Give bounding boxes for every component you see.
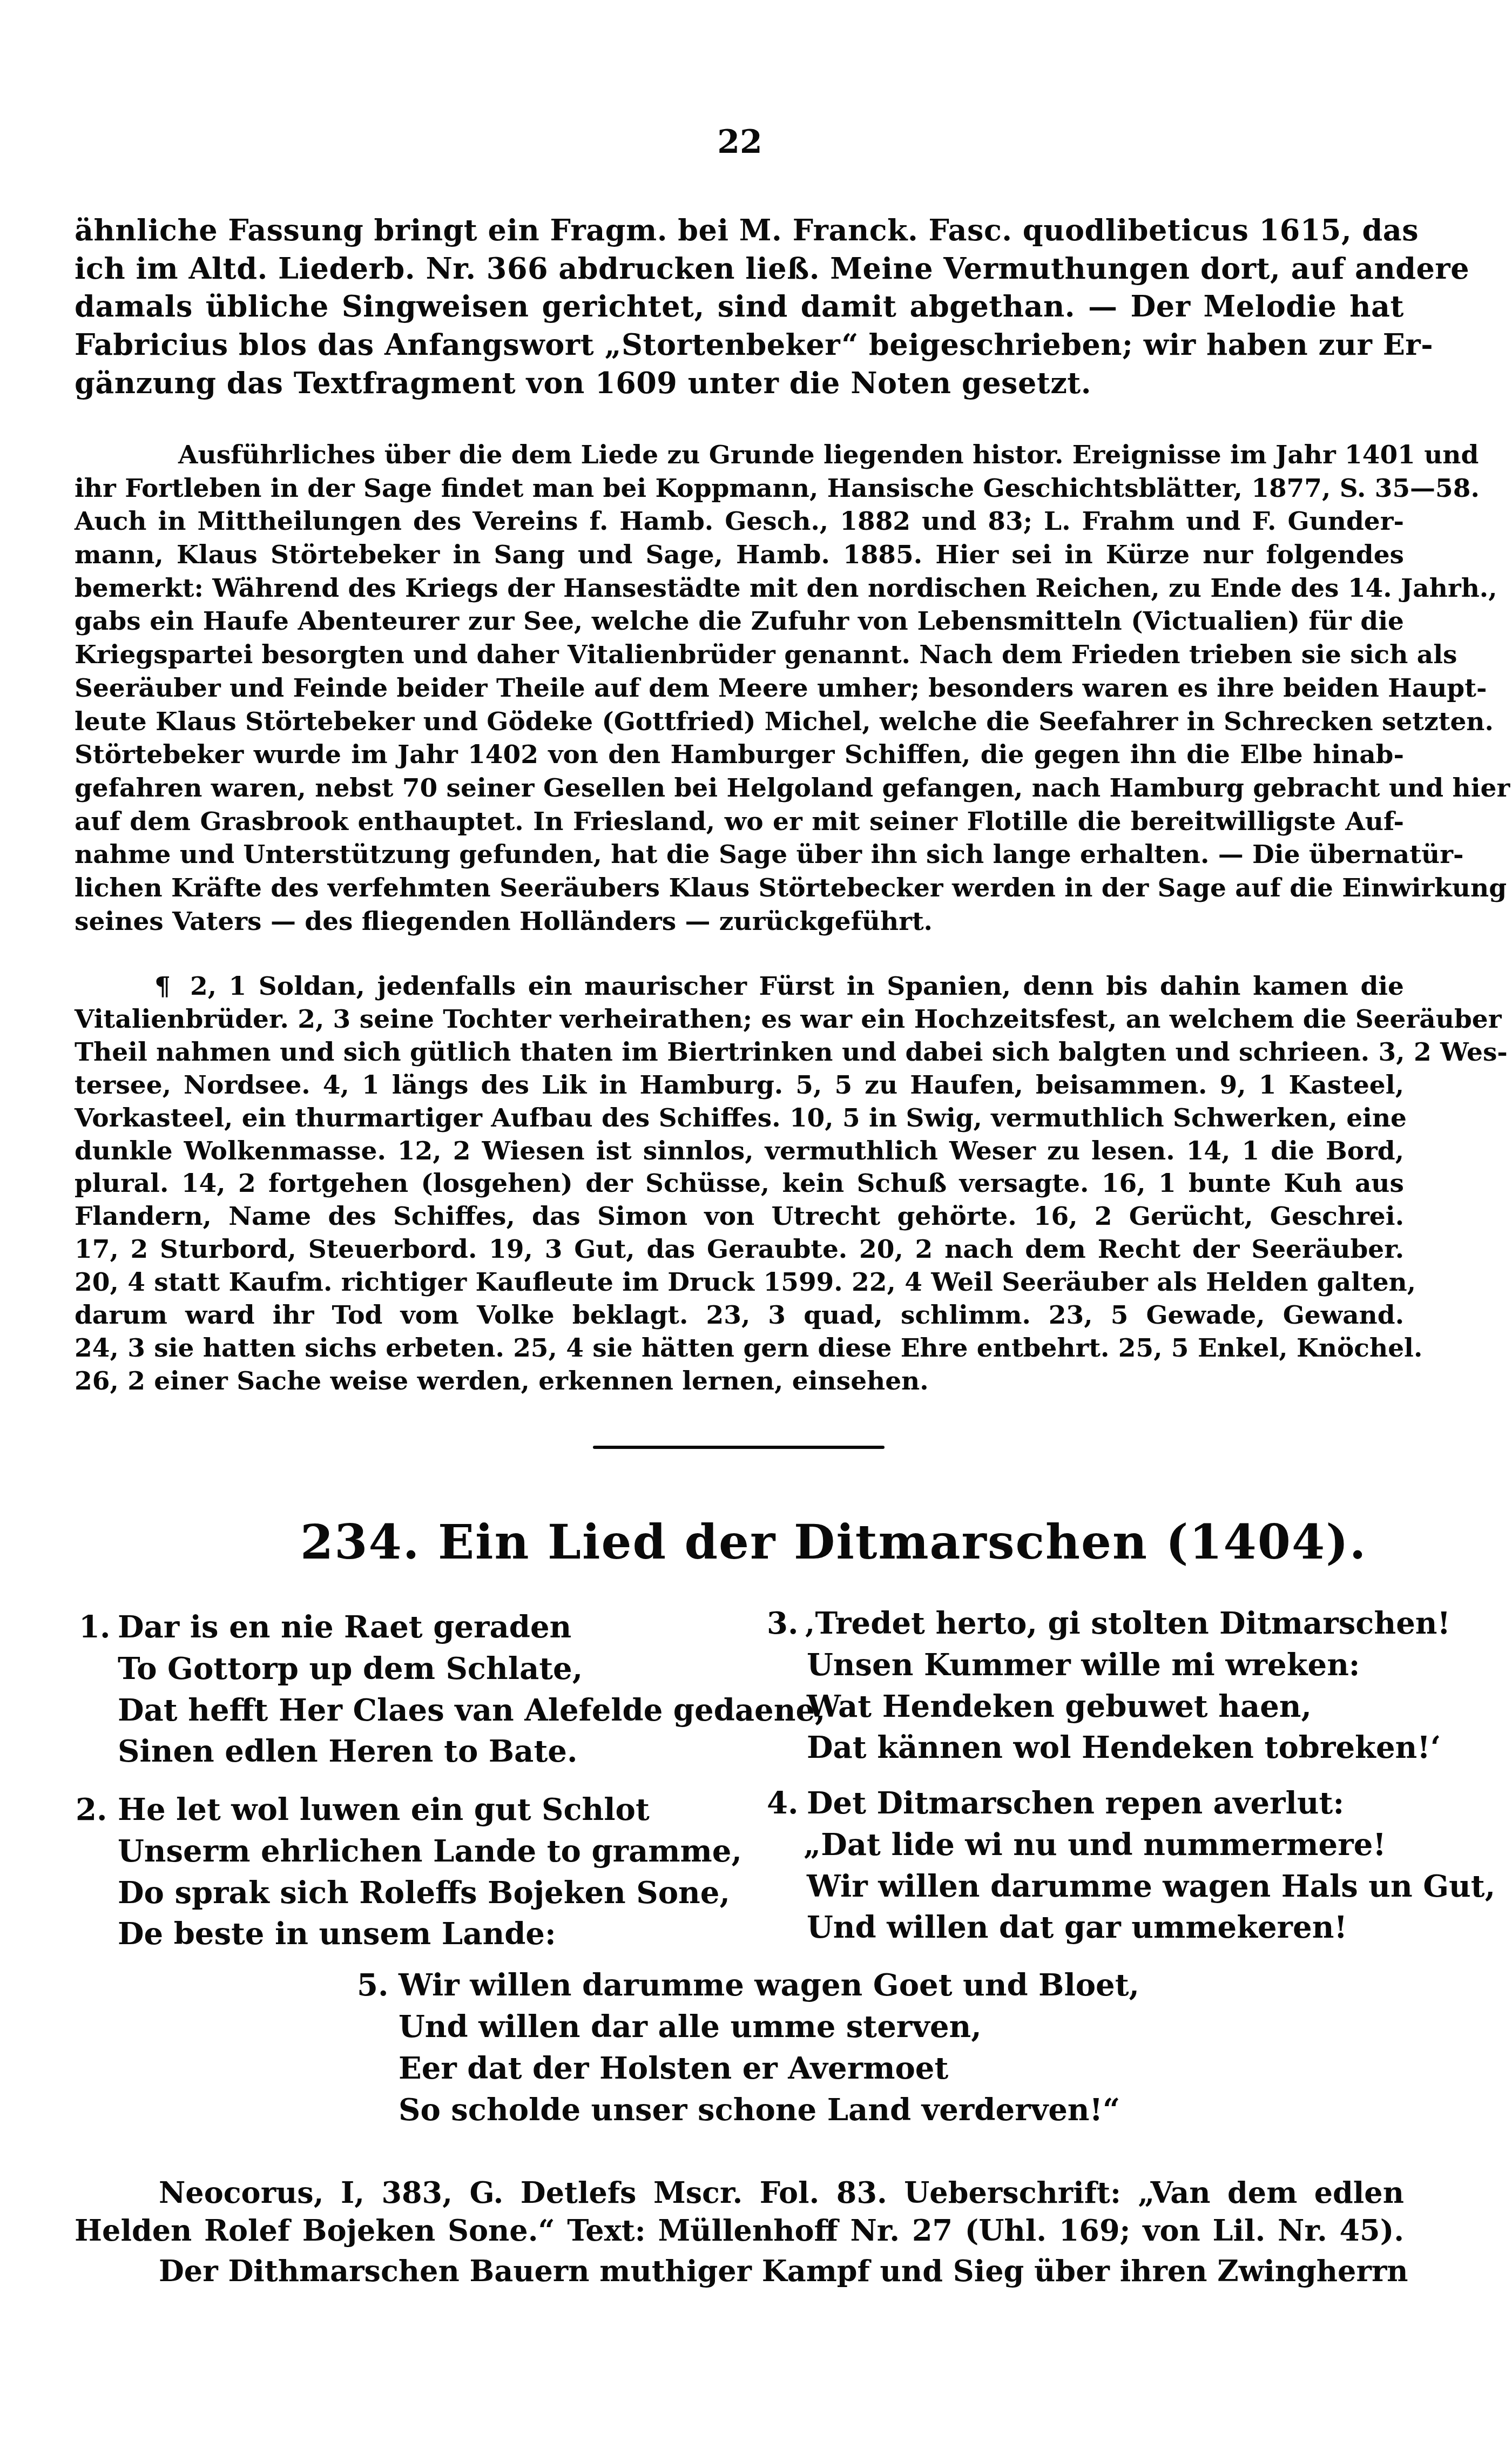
verse-line: He let wol luwen ein gut Schlot [118, 1789, 650, 1831]
footnote-line: 2, 1 Soldan, jedenfalls ein maurischer F… [190, 970, 1404, 1003]
text-line: leute Klaus Störtebeker und Gödeke (Gott… [75, 705, 1404, 739]
text-line: auf dem Grasbrook enthauptet. In Friesla… [75, 805, 1404, 839]
verse-line: ‚Tredet herto, gi stolten Ditmarschen! [805, 1603, 1450, 1644]
text-line: Auch in Mittheilungen des Vereins f. Ham… [75, 505, 1404, 538]
verse-line: Do sprak sich Roleffs Bojeken Sone, [118, 1872, 730, 1914]
verse-line: Sinen edlen Heren to Bate. [118, 1731, 577, 1772]
footnote-line: Vorkasteel, ein thurmartiger Aufbau des … [75, 1102, 1404, 1135]
text-line: ihr Fortleben in der Sage findet man bei… [75, 472, 1404, 505]
text-line: nahme und Unterstützung gefunden, hat di… [75, 838, 1404, 872]
verse-line: Wat Hendeken gebuwet haen, [807, 1686, 1312, 1728]
verse-line: „Dat lide wi nu und nummermere! [804, 1824, 1386, 1866]
text-line: Störtebeker wurde im Jahr 1402 von den H… [75, 738, 1404, 772]
verse-line: Dar is en nie Raet geraden [118, 1607, 571, 1648]
footnote-line: 24, 3 sie hatten sichs erbeten. 25, 4 si… [75, 1332, 1404, 1365]
text-line: mann, Klaus Störtebeker in Sang und Sage… [75, 538, 1404, 572]
footnote-line: plural. 14, 2 fortgehen (losgehen) der S… [75, 1167, 1404, 1200]
text-line: gabs ein Haufe Abenteurer zur See, welch… [75, 605, 1404, 638]
stanza-number: 4. [767, 1783, 798, 1824]
footnote-line: dunkle Wolkenmasse. 12, 2 Wiesen ist sin… [75, 1135, 1404, 1168]
stanza-number: 5. [357, 1965, 388, 2006]
footnote-line: Flandern, Name des Schiffes, das Simon v… [75, 1200, 1404, 1233]
verse-line: De beste in unsem Lande: [118, 1913, 556, 1955]
text-line: bemerkt: Während des Kriegs der Hansestä… [75, 572, 1404, 605]
text-line: Der Dithmarschen Bauern muthiger Kampf u… [159, 2251, 1404, 2290]
text-line: Ausführliches über die dem Liede zu Grun… [178, 439, 1404, 472]
verse-line: Und willen dat gar ummekeren! [807, 1907, 1347, 1948]
verse-line: Det Ditmarschen repen averlut: [807, 1783, 1344, 1824]
verse-line: Unsen Kummer wille mi wreken: [807, 1644, 1360, 1686]
footnote-line: darum ward ihr Tod vom Volke beklagt. 23… [75, 1299, 1404, 1332]
verse-line: To Gottorp up dem Schlate, [118, 1648, 583, 1690]
section-divider [593, 1446, 885, 1449]
verse-line: Und willen dar alle umme sterven, [399, 2006, 982, 2048]
song-title: 234. Ein Lied der Ditmarschen (1404). [300, 1512, 1367, 1572]
text-line: Seeräuber und Feinde beider Theile auf d… [75, 672, 1404, 705]
text-line: ich im Altd. Liederb. Nr. 366 abdrucken … [75, 249, 1404, 288]
page-number: 22 [0, 123, 1480, 161]
paragraph-mark-icon: ¶ [154, 970, 171, 1003]
text-line: Fabricius blos das Anfangswort „Stortenb… [75, 326, 1404, 364]
text-line: gefahren waren, nebst 70 seiner Gesellen… [75, 772, 1404, 805]
footnote-line: 26, 2 einer Sache weise werden, erkennen… [75, 1365, 1404, 1398]
verse-line: Dat hefft Her Claes van Alefelde gedaene… [118, 1690, 826, 1731]
text-line: Kriegspartei besorgten und daher Vitalie… [75, 638, 1404, 672]
text-line: seines Vaters — des fliegenden Holländer… [75, 905, 1404, 939]
stanza-number: 1. [79, 1607, 110, 1648]
text-line: ähnliche Fassung bringt ein Fragm. bei M… [75, 211, 1404, 249]
footnote-line: Vitalienbrüder. 2, 3 seine Tochter verhe… [75, 1003, 1404, 1036]
verse-line: Unserm ehrlichen Lande to gramme, [118, 1831, 742, 1872]
text-line: gänzung das Textfragment von 1609 unter … [75, 364, 1404, 402]
verse-line: Dat kännen wol Hendeken tobreken!‘ [807, 1727, 1441, 1769]
verse-line: Wir willen darumme wagen Goet und Bloet, [399, 1965, 1139, 2006]
footnote-line: Theil nahmen und sich gütlich thaten im … [75, 1036, 1404, 1069]
verse-line: So scholde unser schone Land verderven!“ [399, 2089, 1120, 2131]
footnote-line: tersee, Nordsee. 4, 1 längs des Lik in H… [75, 1069, 1404, 1102]
stanza-number: 2. [76, 1789, 107, 1831]
text-line: Neocorus, I, 383, G. Detlefs Mscr. Fol. … [159, 2173, 1404, 2212]
footnote-line: 20, 4 statt Kaufm. richtiger Kaufleute i… [75, 1266, 1404, 1299]
verse-line: Wir willen darumme wagen Hals un Gut, [807, 1866, 1495, 1907]
text-line: damals übliche Singweisen gerichtet, sin… [75, 287, 1404, 326]
footnote-line: 17, 2 Sturbord, Steuerbord. 19, 3 Gut, d… [75, 1233, 1404, 1266]
text-line: lichen Kräfte des verfehmten Seeräubers … [75, 872, 1404, 905]
stanza-number: 3. [767, 1603, 798, 1644]
text-line: Helden Rolef Bojeken Sone.“ Text: Müllen… [75, 2211, 1404, 2250]
verse-line: Eer dat der Holsten er Avermoet [399, 2048, 948, 2089]
